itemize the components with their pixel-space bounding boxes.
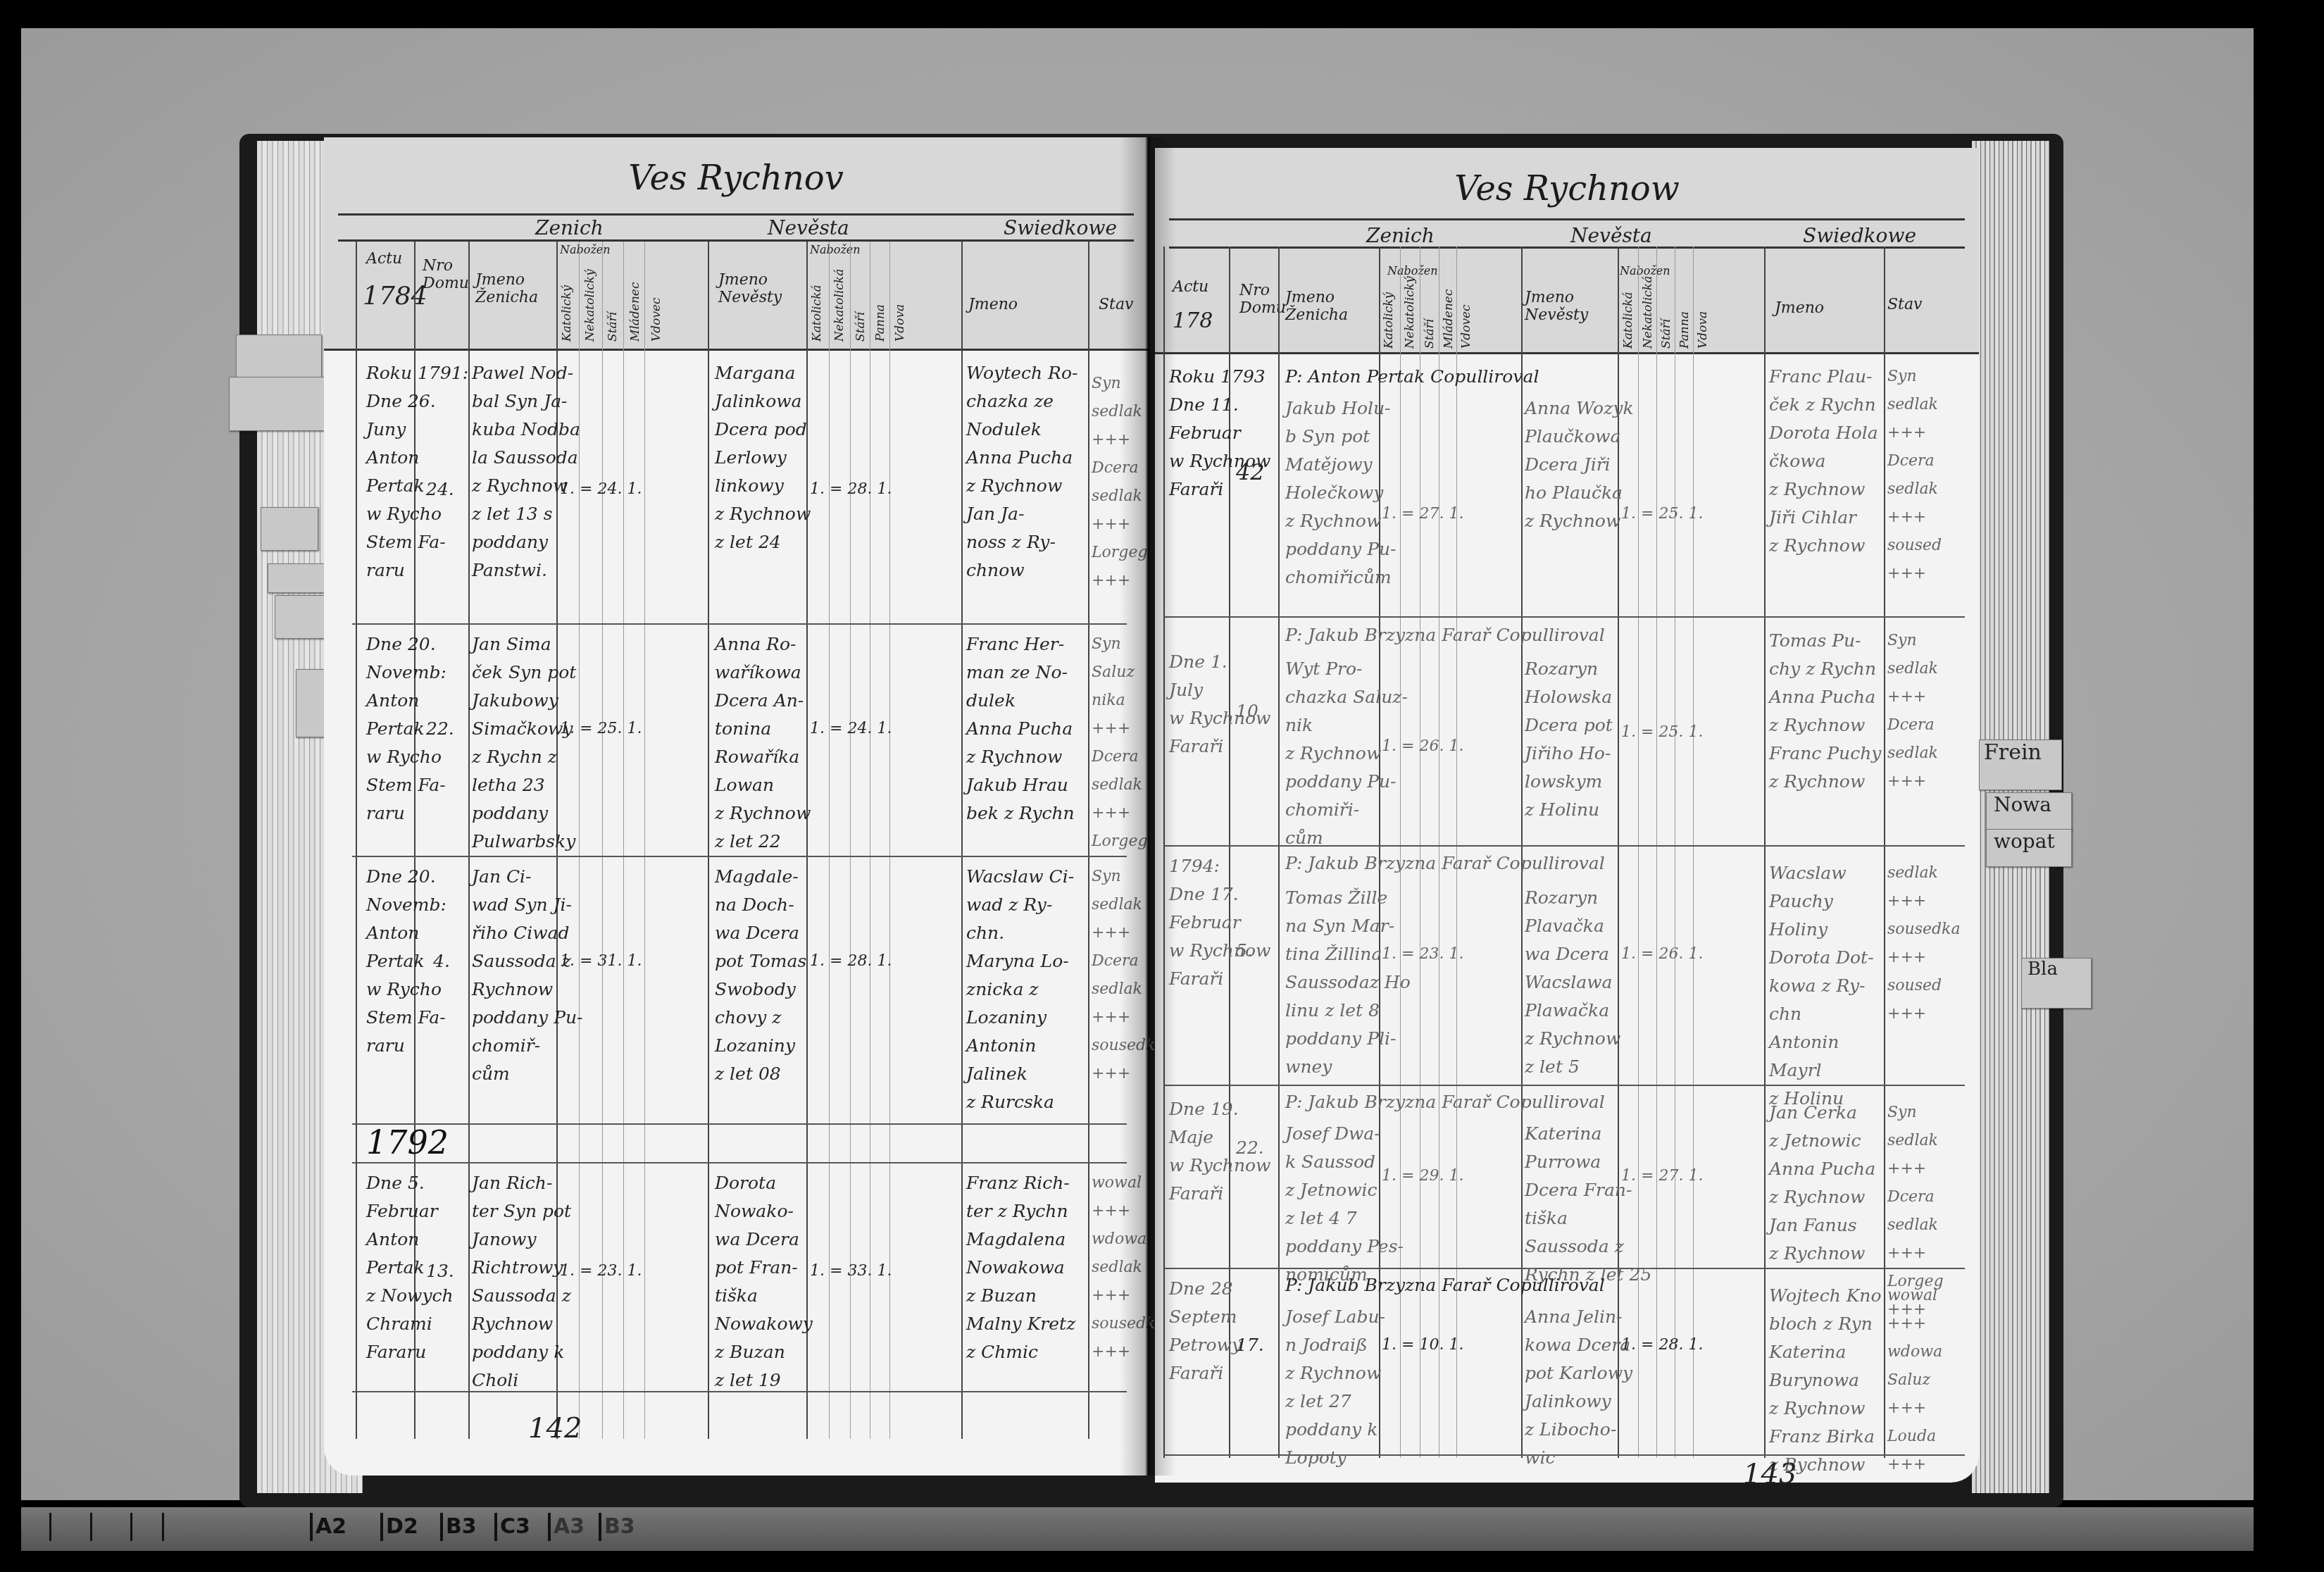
entry-groom: Jan Rich- ter Syn pot Janowy Richtrowy S… xyxy=(472,1169,571,1395)
film-label: D2 xyxy=(386,1514,418,1539)
groom-sub-label: Vdovec xyxy=(1459,304,1473,349)
entry-groom: Pawel Nod- bal Syn Ja- kuba Nodba la Sau… xyxy=(472,359,580,585)
film-tick xyxy=(49,1513,51,1541)
house-number-label: Nro Domu xyxy=(423,257,465,292)
book-gutter xyxy=(1120,137,1176,1476)
left-page-title: Ves Rychnov xyxy=(324,158,1148,198)
entry-house-number: 17. xyxy=(1236,1331,1264,1359)
film-tick xyxy=(90,1513,92,1541)
bride-sub-label: Katolická xyxy=(1621,292,1635,349)
entry-officiant: P: Jakub Brzyzna Farař Copulliroval xyxy=(1285,1271,1605,1299)
row-rule xyxy=(352,623,1127,625)
right-page: Ves Rychnow Zenich Nevěsta Swiedkowe Act… xyxy=(1155,148,1979,1483)
column-rule xyxy=(708,242,709,1439)
entry-groom-age: 1. = 31. 1. xyxy=(560,947,642,975)
film-mark xyxy=(440,1513,443,1541)
entry-bride: Magdale- na Doch- wa Dcera pot Tomas Swo… xyxy=(715,863,806,1088)
column-rule xyxy=(356,242,357,1439)
groom-group-label: Zenich xyxy=(535,216,604,239)
column-rule xyxy=(468,242,470,1439)
entry-witness-status: sedlak +++ sousedka +++ soused +++ xyxy=(1887,859,1961,1028)
witness-name-label: Jmeno xyxy=(968,296,1018,313)
index-tab-nowa[interactable]: Nowa xyxy=(1986,792,2072,830)
index-tab[interactable] xyxy=(261,507,318,551)
groom-name-label: Jmeno Ženicha xyxy=(1285,289,1356,324)
film-label: B3 xyxy=(446,1514,477,1539)
column-rule xyxy=(1884,247,1885,1458)
entry-date: Roku 1791: Dne 26. Juny Anton Pertak w R… xyxy=(366,359,468,585)
bride-sub-label: Nekatolická xyxy=(832,269,846,342)
entry-witnesses: Jan Cerka z Jetnowic Anna Pucha z Rychno… xyxy=(1769,1099,1875,1268)
film-mark xyxy=(548,1513,551,1541)
entry-bride: Katerina Purrowa Dcera Fran- tiška Sauss… xyxy=(1525,1120,1651,1289)
entry-groom-age: 1. = 24. 1. xyxy=(560,475,642,504)
entry-bride: Anna Wozyk Plaučkowa Dcera Jiři ho Plauč… xyxy=(1525,394,1634,535)
film-calibration-strip: A2 D2 B3 C3 A3 B3 xyxy=(21,1507,2254,1551)
entry-groom-age: 1. = 27. 1. xyxy=(1382,500,1463,528)
row-rule xyxy=(352,856,1127,857)
groom-sub-label: Nekatolický xyxy=(1403,276,1417,349)
entry-house-number: 10 xyxy=(1236,697,1258,725)
header-rule xyxy=(338,213,1134,216)
entry-bride-age: 1. = 28. 1. xyxy=(810,947,892,975)
film-mark xyxy=(599,1513,601,1541)
entry-house-number: 5. xyxy=(1236,937,1253,965)
act-label: Actu xyxy=(366,250,402,268)
entry-groom: Jan Sima ček Syn pot Jakubowy Simačkowy … xyxy=(472,630,576,856)
row-rule xyxy=(352,1123,1127,1125)
bride-name-label: Jmeno Nevěsty xyxy=(1525,289,1595,324)
house-number-label: Nro Domu xyxy=(1239,282,1282,317)
film-label: A3 xyxy=(554,1514,585,1539)
entry-bride-age: 1. = 25. 1. xyxy=(1621,500,1703,528)
bride-sub-label: Panna xyxy=(873,304,887,342)
bride-sub-label: Vdova xyxy=(893,304,907,342)
entry-witnesses: Franc Her- man ze No- dulek Anna Pucha z… xyxy=(966,630,1075,828)
bride-sub-label: Panna xyxy=(1678,311,1692,349)
bride-sub-label: Stáří xyxy=(1659,319,1673,349)
entry-bride-age: 1. = 28. 1. xyxy=(810,475,892,504)
row-rule xyxy=(1163,616,1965,618)
groom-group-label: Zenich xyxy=(1366,224,1435,247)
groom-sub-label: Vdovec xyxy=(649,297,663,342)
film-tick xyxy=(162,1513,164,1541)
bride-sub-label: Stáří xyxy=(854,312,868,342)
entry-groom-age: 1. = 26. 1. xyxy=(1382,732,1463,761)
bride-sub-label: Katolická xyxy=(810,285,824,342)
entry-bride: Rozaryn Plavačka wa Dcera Wacslawa Plawa… xyxy=(1525,884,1620,1081)
column-rule xyxy=(1764,247,1766,1458)
film-tick xyxy=(130,1513,132,1541)
column-rule xyxy=(644,242,645,1439)
groom-sub-label: Stáří xyxy=(606,312,620,342)
header-rule xyxy=(1169,218,1965,220)
entry-house-number: 13. xyxy=(426,1257,454,1285)
entry-witnesses: Woytech Ro- chazka ze Nodulek Anna Pucha… xyxy=(966,359,1077,585)
bride-group-label: Nevěsta xyxy=(768,216,849,239)
row-rule xyxy=(352,1162,1127,1164)
entry-groom: Jakub Holu- b Syn pot Matějowy Holečkowy… xyxy=(1285,394,1397,592)
index-tab[interactable] xyxy=(236,335,322,378)
entry-groom: Tomas Žille na Syn Mar- tina Žillina Sau… xyxy=(1285,884,1411,1081)
entry-bride-age: 1. = 25. 1. xyxy=(1621,718,1703,747)
groom-sub-label: Mládenec xyxy=(1442,289,1456,349)
bride-religion-label: Nabožen xyxy=(810,243,861,256)
entry-groom: Josef Dwa- k Saussod z Jetnowic z let 4 … xyxy=(1285,1120,1404,1289)
entry-officiant: P: Jakub Brzyzna Farař Copulliroval xyxy=(1285,849,1605,878)
witness-name-label: Jmeno xyxy=(1775,299,1824,317)
groom-sub-label: Katolický xyxy=(1382,292,1396,349)
film-mark xyxy=(380,1513,383,1541)
entry-house-number: 22. xyxy=(1236,1134,1264,1162)
bride-sub-label: Nekatolická xyxy=(1641,276,1655,349)
column-rule xyxy=(1693,247,1694,1458)
right-page-title: Ves Rychnow xyxy=(1155,169,1979,208)
register-year: 178 xyxy=(1173,308,1213,333)
entry-officiant: P: Jakub Brzyzna Farař Copulliroval xyxy=(1285,1088,1605,1116)
entry-bride: Rozaryn Holowska Dcera pot Jiřiho Ho- lo… xyxy=(1525,655,1613,824)
entry-witnesses: Wacslaw Pauchy Holiny Dorota Dot- kowa z… xyxy=(1769,859,1874,1113)
entry-bride: Anna Ro- waříkowa Dcera An- tonina Rowař… xyxy=(715,630,811,856)
entry-groom-age: 1. = 23. 1. xyxy=(1382,940,1463,968)
entry-bride-age: 1. = 33. 1. xyxy=(810,1257,892,1285)
column-rule xyxy=(1278,247,1280,1458)
groom-sub-label: Mládenec xyxy=(628,282,642,342)
year-heading: 1792 xyxy=(366,1123,449,1161)
bride-group-label: Nevěsta xyxy=(1570,224,1652,247)
register-year: 1784 xyxy=(363,282,427,311)
film-label: A2 xyxy=(316,1514,346,1539)
entry-witnesses: Franc Plau- ček z Rychn Dorota Hola čkow… xyxy=(1769,363,1878,560)
index-tab-frein[interactable]: Frein xyxy=(1979,740,2062,790)
bride-sub-label: Vdova xyxy=(1696,311,1710,349)
witness-status-label: Stav xyxy=(1887,296,1922,313)
entry-date: Dne 28 Septem Petrowy Faraři xyxy=(1169,1275,1242,1387)
entry-bride-age: 1. = 27. 1. xyxy=(1621,1162,1703,1190)
entry-groom-age: 1. = 25. 1. xyxy=(560,715,642,743)
witness-group-label: Swiedkowe xyxy=(1004,216,1117,239)
film-label: C3 xyxy=(500,1514,530,1539)
header-rule xyxy=(338,239,1134,242)
column-rule xyxy=(1675,247,1675,1458)
entry-witnesses: Wacslaw Ci- wad z Ry- chn. Maryna Lo- zn… xyxy=(966,863,1074,1116)
index-tab[interactable] xyxy=(229,377,325,431)
entry-bride-age: 1. = 28. 1. xyxy=(1621,1331,1703,1359)
groom-sub-label: Katolický xyxy=(560,285,574,342)
film-label: B3 xyxy=(604,1514,635,1539)
entry-groom-age: 1. = 29. 1. xyxy=(1382,1162,1463,1190)
page-number-left: 142 xyxy=(528,1412,582,1445)
entry-groom-age: 1. = 23. 1. xyxy=(560,1257,642,1285)
entry-bride: Margana Jalinkowa Dcera pod Lerlowy link… xyxy=(715,359,811,556)
entry-bride: Dorota Nowako- wa Dcera pot Fran- tiška … xyxy=(715,1169,813,1395)
entry-date: 1794: Dne 17. Februar w Rychnow Faraři xyxy=(1169,852,1271,993)
film-mark xyxy=(310,1513,313,1541)
entry-house-number: 4. xyxy=(433,947,450,975)
witness-group-label: Swiedkowe xyxy=(1803,224,1916,247)
entry-witness-status: wowal +++ wdowa Saluz +++ Louda +++ xyxy=(1887,1282,1942,1479)
entry-witnesses: Wojtech Kno bloch z Ryn Katerina Burynow… xyxy=(1769,1282,1882,1479)
entry-groom-age: 1. = 10. 1. xyxy=(1382,1331,1463,1359)
groom-sub-label: Nekatolický xyxy=(583,269,597,342)
entry-witnesses: Franz Rich- ter z Rychn Magdalena Nowako… xyxy=(966,1169,1075,1366)
column-rule xyxy=(961,242,963,1439)
groom-name-label: Jmeno Ženicha xyxy=(475,271,546,306)
entry-house-number: 42 xyxy=(1236,458,1265,486)
entry-house-number: 24. xyxy=(426,475,454,504)
entry-groom: Jan Ci- wad Syn Ji- řiho Ciwad Saussoda … xyxy=(472,863,583,1088)
entry-witness-status: Syn sedlak +++ Dcera sedlak +++ xyxy=(1887,627,1938,796)
page-number-right: 143 xyxy=(1743,1458,1797,1490)
entry-officiant: P: Anton Pertak Copulliroval xyxy=(1285,363,1539,391)
entry-witness-status: Syn sedlak +++ Dcera sedlak +++ soused +… xyxy=(1887,363,1942,588)
entry-house-number: 22. xyxy=(426,715,454,743)
column-rule xyxy=(1656,247,1657,1458)
film-mark xyxy=(494,1513,497,1541)
index-tab-bla[interactable]: Bla xyxy=(2021,958,2092,1009)
entry-bride-age: 1. = 24. 1. xyxy=(810,715,892,743)
entry-bride: Anna Jelin- kowa Dcera pot Karlowy Jalin… xyxy=(1525,1303,1632,1472)
left-header: Ves Rychnov Zenich Nevěsta Swiedkowe Act… xyxy=(324,137,1148,351)
bride-name-label: Jmeno Nevěsty xyxy=(718,271,789,306)
index-tab-wopat[interactable]: wopat xyxy=(1986,829,2072,867)
act-label: Actu xyxy=(1173,278,1208,296)
entry-officiant: P: Jakub Brzyzna Farař Copulliroval xyxy=(1285,621,1605,649)
row-rule xyxy=(1163,845,1965,847)
entry-groom: Josef Labu- n Jodraiß z Rychnow z let 27… xyxy=(1285,1303,1385,1472)
entry-bride-age: 1. = 26. 1. xyxy=(1621,940,1703,968)
column-rule xyxy=(1088,242,1089,1439)
left-page: Ves Rychnov Zenich Nevěsta Swiedkowe Act… xyxy=(324,137,1148,1476)
groom-sub-label: Stáří xyxy=(1423,319,1437,349)
entry-witnesses: Tomas Pu- chy z Rychn Anna Pucha z Rychn… xyxy=(1769,627,1881,796)
